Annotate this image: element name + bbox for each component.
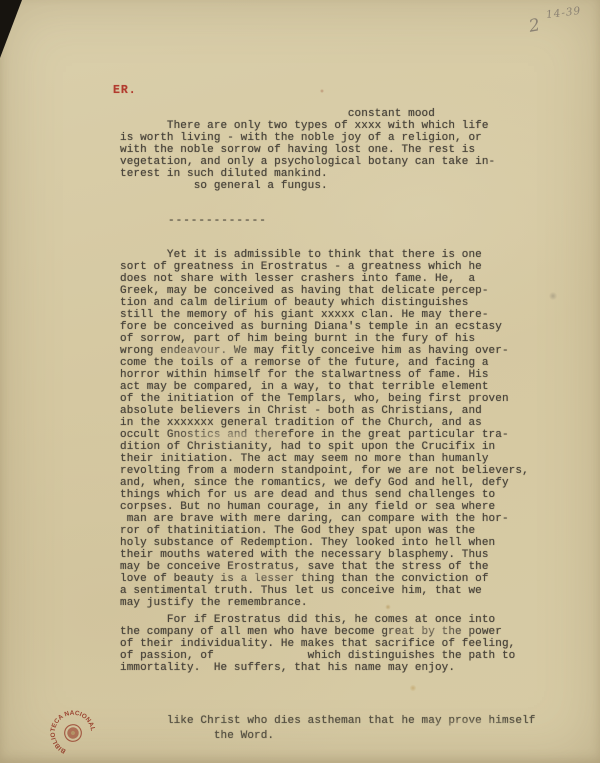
typed-paragraph-opening: constant mood There are only two types o… (120, 108, 495, 192)
page-number: 2 (527, 15, 541, 37)
archive-reference: 14-39 (545, 5, 581, 21)
typed-separator: ------------- (168, 215, 267, 227)
typed-paragraph-body: Yet it is admissible to think that there… (120, 249, 529, 609)
manuscript-page: 14-39 2 ER. constant mood There are only… (0, 0, 600, 763)
typed-paragraph-closing: For if Erostratus did this, he comes at … (120, 614, 515, 674)
stamp-emblem-icon (61, 721, 84, 744)
typed-footnote: like Christ who dies astheman that he ma… (120, 714, 535, 744)
library-stamp: BIBLIOTECA NACIONAL (37, 697, 109, 763)
torn-corner (0, 0, 22, 58)
typed-label-er: ER. (113, 84, 137, 97)
